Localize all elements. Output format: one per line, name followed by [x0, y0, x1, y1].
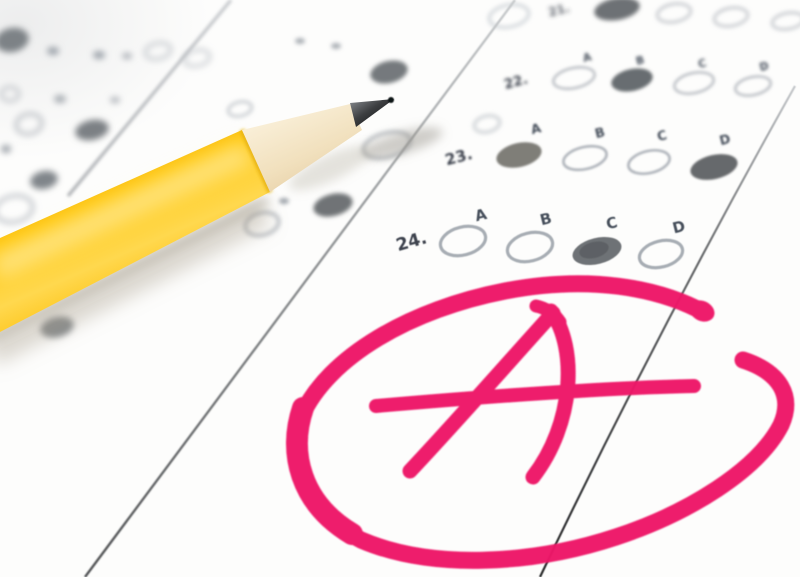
scene-canvas: 21. 22. A B C D 23. A B C D 24. A B C D	[0, 0, 800, 577]
graded-test-photo: 21. 22. A B C D 23. A B C D 24. A B C D	[0, 0, 800, 577]
pencil-tip-point	[388, 97, 394, 103]
